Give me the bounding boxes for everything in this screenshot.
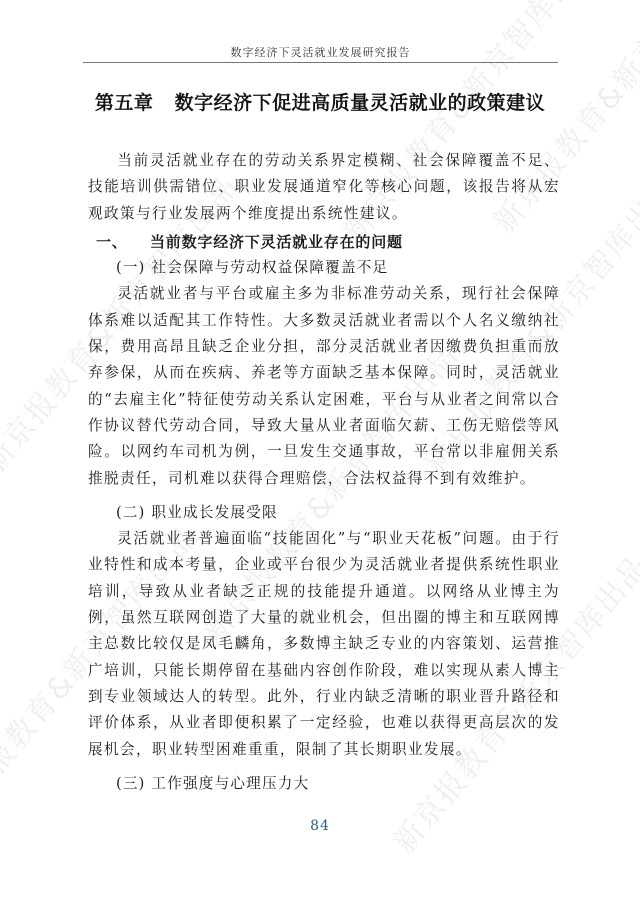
subsection-heading-2: (二) 职业成长发展受限 xyxy=(88,500,560,526)
body-text: 当前灵活就业存在的劳动关系界定模糊、社会保障覆盖不足、技能培训供需错位、职业发展… xyxy=(88,148,560,797)
subsection-heading-1: (一) 社会保障与劳动权益保障覆盖不足 xyxy=(88,255,560,281)
page-number: 84 xyxy=(0,818,640,834)
subsection-heading-3: (三) 工作强度与心理压力大 xyxy=(88,771,560,797)
section-heading-1: 一、当前数字经济下灵活就业存在的问题 xyxy=(88,229,560,255)
intro-paragraph: 当前灵活就业存在的劳动关系界定模糊、社会保障覆盖不足、技能培训供需错位、职业发展… xyxy=(88,148,560,227)
running-header: 数字经济下灵活就业发展研究报告 xyxy=(83,44,558,60)
subsection-1-paragraph: 灵活就业者与平台或雇主多为非标准劳动关系，现行社会保障体系难以适配其工作特性。大… xyxy=(88,281,560,491)
section-number: 一、 xyxy=(96,229,150,255)
header-divider xyxy=(83,62,558,63)
subsection-2-paragraph: 灵活就业者普遍面临“技能固化”与“职业天花板”问题。由于行业特性和成本考量，企业… xyxy=(88,526,560,763)
document-page: 数字经济下灵活就业发展研究报告 第五章 数字经济下促进高质量灵活就业的政策建议 … xyxy=(0,0,640,906)
section-title: 当前数字经济下灵活就业存在的问题 xyxy=(150,233,403,251)
chapter-title: 第五章 数字经济下促进高质量灵活就业的政策建议 xyxy=(0,88,640,115)
